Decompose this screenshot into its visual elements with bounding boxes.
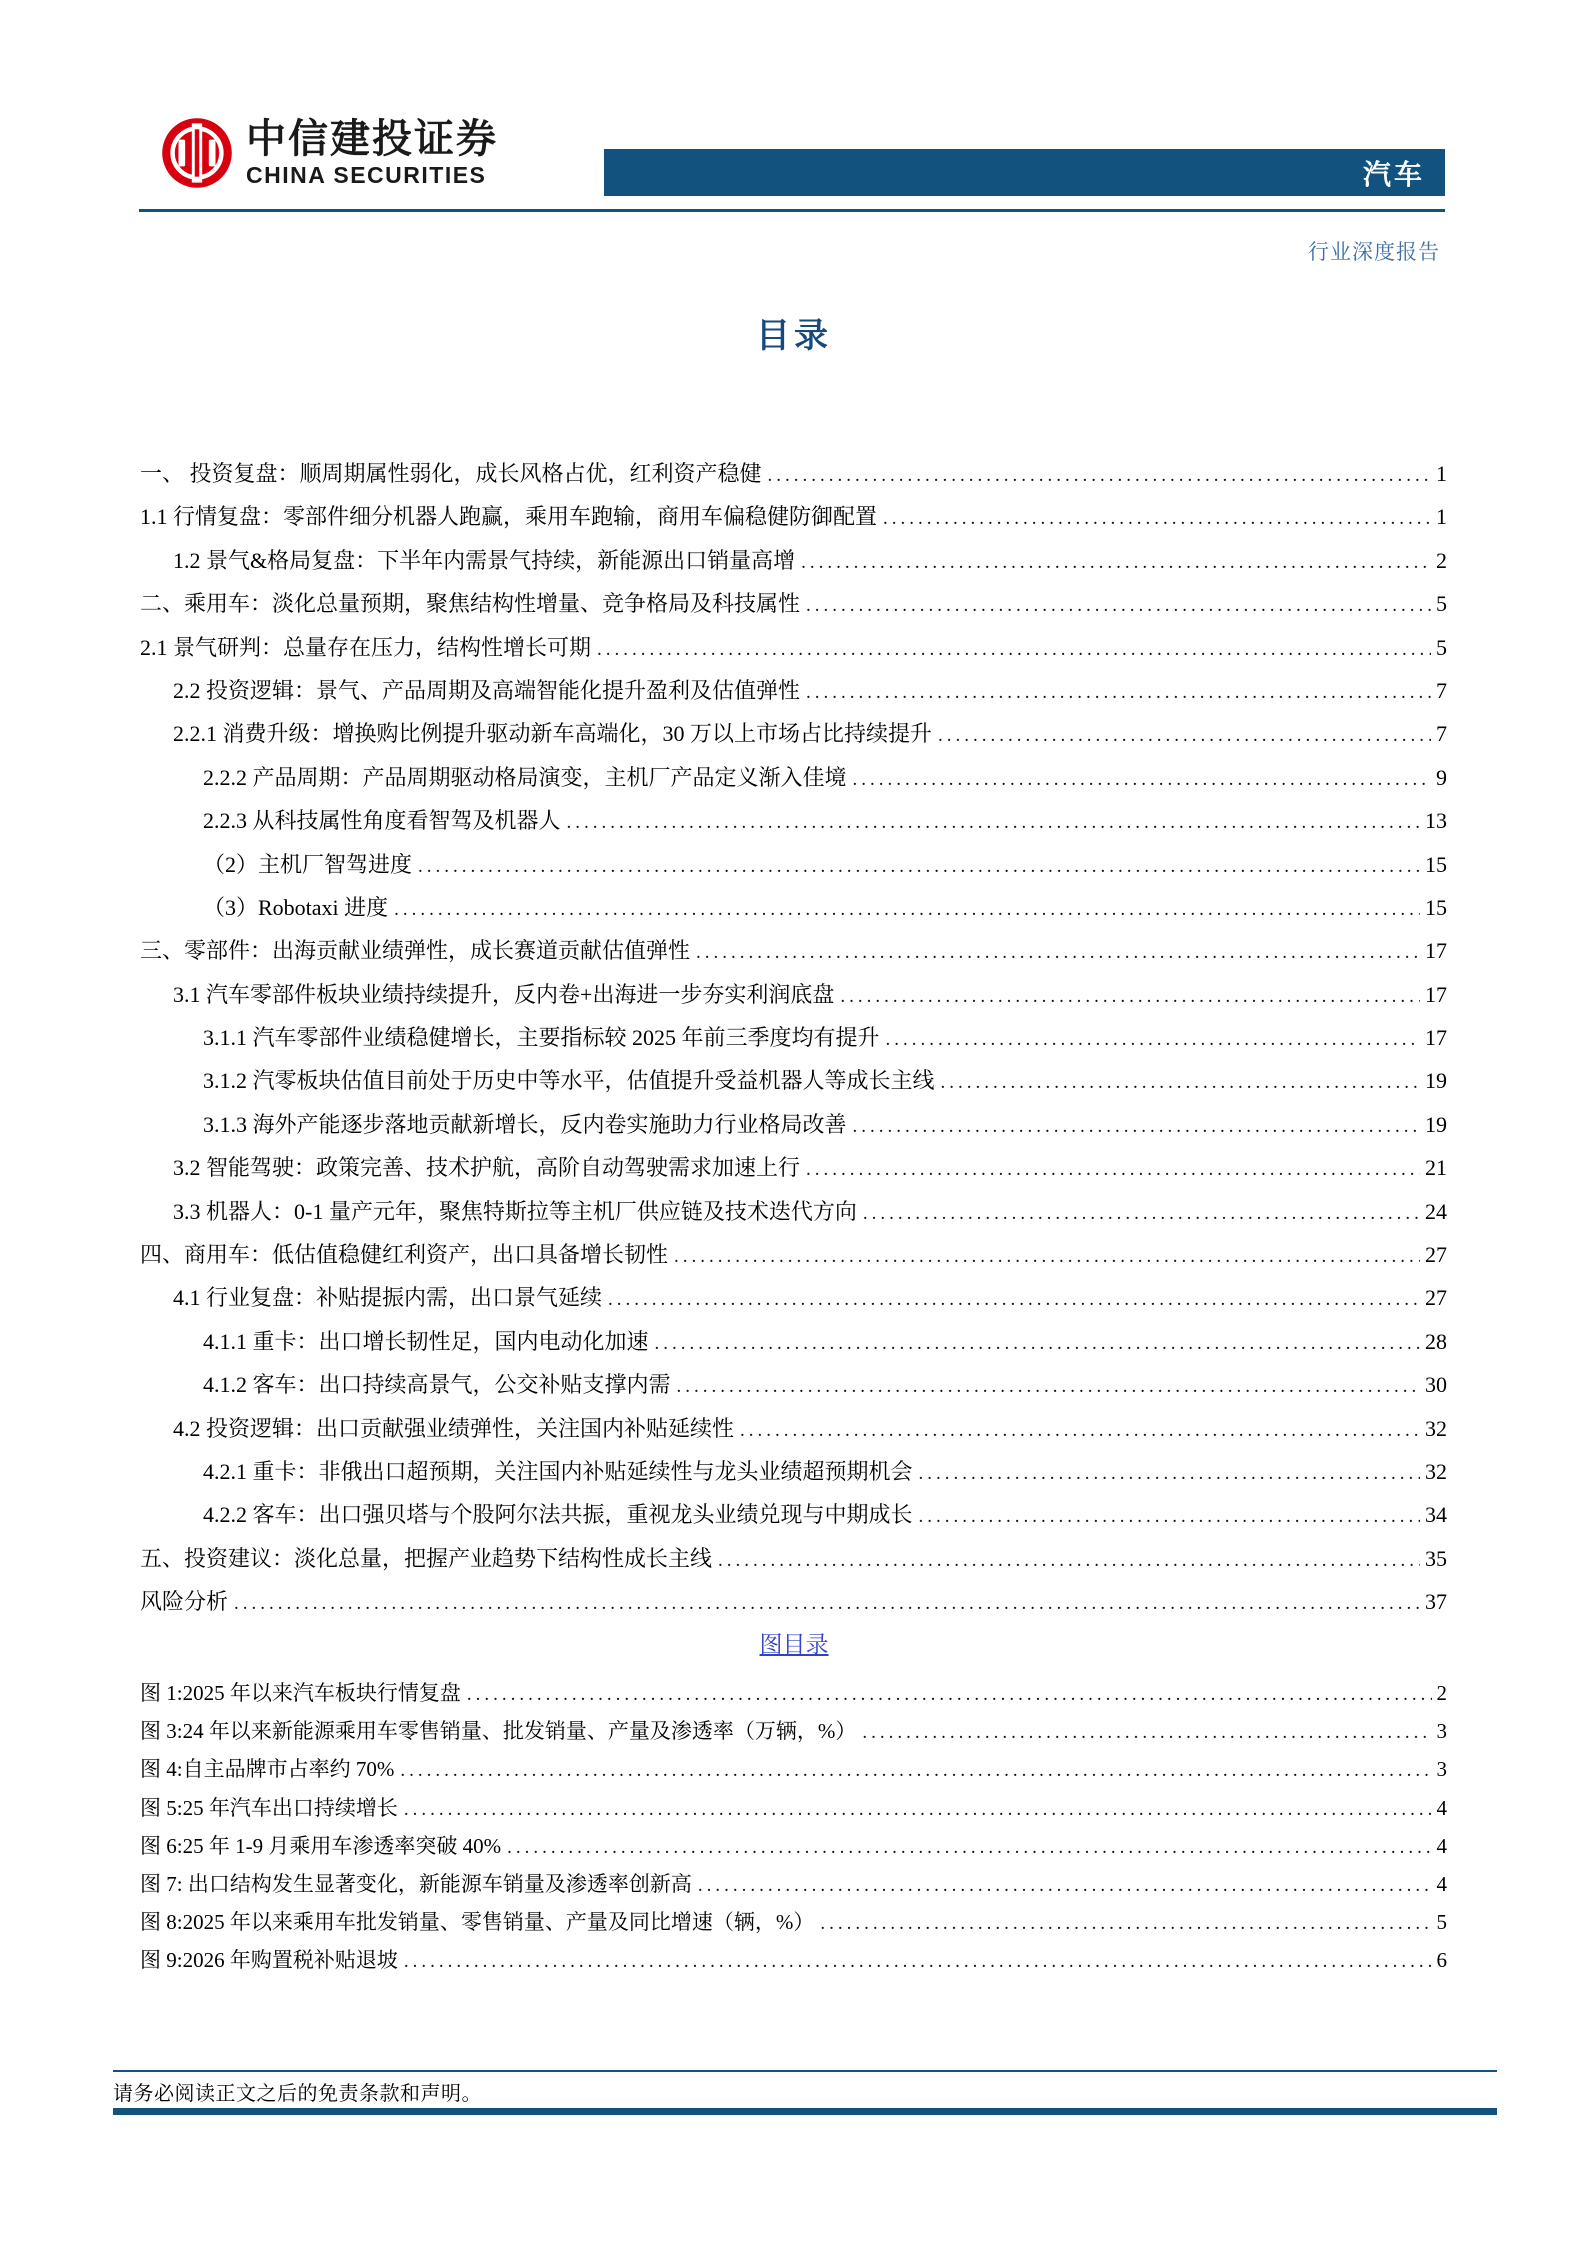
entry-title: 风险分析 [140,1580,228,1623]
dot-leader: ........................................… [853,1105,1420,1148]
dot-leader: ........................................… [234,1582,1420,1625]
toc-entry[interactable]: 1.2 景气&格局复盘：下半年内需景气持续，新能源出口销量高增.........… [140,539,1447,582]
entry-title: 2.2.1 消费升级：增换购比例提升驱动新车高端化，30 万以上市场占比持续提升 [173,712,932,755]
toc-entry[interactable]: （2）主机厂智驾进度..............................… [140,843,1447,886]
dot-leader: ........................................… [400,1752,1431,1790]
toc-entry[interactable]: 风险分析....................................… [140,1580,1447,1623]
page-number: 13 [1425,799,1447,842]
citic-logo-icon [160,116,234,190]
toc-entry[interactable]: 二、乘用车：淡化总量预期，聚焦结构性增量、竞争格局及科技属性..........… [140,582,1447,625]
toc-entry[interactable]: 2.2 投资逻辑：景气、产品周期及高端智能化提升盈利及估值弹性.........… [140,669,1447,712]
toc-entry[interactable]: 三、零部件：出海贡献业绩弹性，成长赛道贡献估值弹性 ..............… [140,929,1447,972]
entry-title: （2）主机厂智驾进度 [203,843,412,886]
toc-entry[interactable]: 2.2.3 从科技属性角度看智驾及机器人....................… [140,799,1447,842]
entry-title: 3.2 智能驾驶：政策完善、技术护航，高阶自动驾驶需求加速上行 [173,1146,800,1189]
page-number: 1 [1436,452,1447,495]
page-number: 5 [1436,626,1447,669]
toc-list: 一、 投资复盘：顺周期属性弱化，成长风格占优，红利资产稳健...........… [140,452,1447,1624]
dot-leader: ........................................… [698,1867,1432,1905]
page-number: 17 [1425,973,1447,1016]
entry-title: 3.1.2 汽零板块估值目前处于历史中等水平，估值提升受益机器人等成长主线 [203,1059,935,1102]
entry-title: 2.2.3 从科技属性角度看智驾及机器人 [203,799,561,842]
entry-title: 二、乘用车：淡化总量预期，聚焦结构性增量、竞争格局及科技属性 [140,582,800,625]
page-number: 34 [1425,1493,1447,1536]
report-toc-page: 中信建投证券 CHINA SECURITIES 汽车 行业深度报告 目录 一、 … [0,0,1588,2246]
dot-leader: ........................................… [467,1676,1432,1714]
figures-title[interactable]: 图目录 [0,1626,1588,1659]
dot-leader: ........................................… [608,1278,1420,1321]
dot-leader: ........................................… [404,1791,1432,1829]
footer-rule-thick [113,2108,1497,2115]
page-number: 17 [1425,1016,1447,1059]
page-number: 1 [1436,495,1447,538]
entry-title: 3.1 汽车零部件板块业绩持续提升，反内卷+出海进一步夯实利润底盘 [173,973,834,1016]
dot-leader: ........................................… [883,497,1431,540]
page-number: 30 [1425,1363,1447,1406]
brand-name-cn: 中信建投证券 [246,119,498,159]
toc-entry[interactable]: 2.2.2 产品周期：产品周期驱动格局演变，主机厂产品定义渐入佳境.......… [140,756,1447,799]
header-rule [139,209,1445,212]
page-number: 21 [1425,1146,1447,1189]
brand-name-en: CHINA SECURITIES [246,164,498,187]
dot-leader: ........................................… [404,1943,1432,1981]
dot-leader: ........................................… [840,975,1420,1018]
page-number: 24 [1425,1190,1447,1233]
sector-label: 汽车 [1363,153,1425,193]
dot-leader: ........................................… [801,541,1431,584]
toc-entry[interactable]: 4.1.2 客车：出口持续高景气，公交补贴支撑内需...............… [140,1363,1447,1406]
figure-entry[interactable]: 图 6:25 年 1-9 月乘用车渗透率突破 40%..............… [140,1827,1447,1865]
entry-title: 2.1 景气研判：总量存在压力，结构性增长可期 [140,626,591,669]
toc-entry[interactable]: 1.1 行情复盘：零部件细分机器人跑赢，乘用车跑输，商用车偏稳健防御配置....… [140,495,1447,538]
dot-leader: ........................................… [806,584,1431,627]
page-number: 17 [1425,929,1447,972]
entry-title: 图 8:2025 年以来乘用车批发销量、零售销量、产量及同比增速（辆，%） [140,1903,814,1941]
disclaimer-text: 请务必阅读正文之后的免责条款和声明。 [113,2077,482,2106]
toc-entry[interactable]: 五、投资建议：淡化总量，把握产业趋势下结构性成长主线..............… [140,1537,1447,1580]
entry-title: 图 6:25 年 1-9 月乘用车渗透率突破 40% [140,1827,501,1865]
entry-title: 1.2 景气&格局复盘：下半年内需景气持续，新能源出口销量高增 [173,539,795,582]
toc-entry[interactable]: 3.3 机器人：0-1 量产元年，聚焦特斯拉等主机厂供应链及技术迭代方向....… [140,1190,1447,1233]
toc-entry[interactable]: 3.1.3 海外产能逐步落地贡献新增长，反内卷实施助力行业格局改善.......… [140,1103,1447,1146]
toc-entry[interactable]: （3）Robotaxi 进度 .........................… [140,886,1447,929]
page-number: 5 [1437,1903,1448,1941]
dot-leader: ........................................… [919,1452,1420,1495]
entry-title: 3.1.3 海外产能逐步落地贡献新增长，反内卷实施助力行业格局改善 [203,1103,847,1146]
entry-title: 一、 投资复盘：顺周期属性弱化，成长风格占优，红利资产稳健 [140,452,762,495]
sector-bar: 汽车 [604,149,1445,196]
page-number: 32 [1425,1450,1447,1493]
toc-entry[interactable]: 一、 投资复盘：顺周期属性弱化，成长风格占优，红利资产稳健...........… [140,452,1447,495]
figure-list: 图 1:2025 年以来汽车板块行情复盘....................… [140,1674,1447,1980]
dot-leader: ........................................… [938,714,1431,757]
dot-leader: ........................................… [886,1018,1420,1061]
dot-leader: ........................................… [696,931,1420,974]
brand-logo: 中信建投证券 CHINA SECURITIES [160,116,498,190]
page-number: 9 [1436,756,1447,799]
page-number: 5 [1436,582,1447,625]
dot-leader: ........................................… [718,1539,1420,1582]
page-number: 6 [1437,1941,1448,1979]
page-number: 27 [1425,1233,1447,1276]
page-number: 4 [1437,1827,1448,1865]
entry-title: 三、零部件：出海贡献业绩弹性，成长赛道贡献估值弹性 [140,929,690,972]
figure-entry[interactable]: 图 4:自主品牌市占率约 70%........................… [140,1750,1447,1788]
entry-title: 图 4:自主品牌市占率约 70% [140,1750,394,1788]
dot-leader: ........................................… [597,628,1431,671]
entry-title: 4.1.1 重卡：出口增长韧性足，国内电动化加速 [203,1320,649,1363]
page-number: 2 [1437,1674,1448,1712]
page-number: 15 [1425,886,1447,929]
toc-entry[interactable]: 2.1 景气研判：总量存在压力，结构性增长可期.................… [140,626,1447,669]
page-number: 4 [1437,1865,1448,1903]
figure-entry[interactable]: 图 5:25 年汽车出口持续增长........................… [140,1789,1447,1827]
page-number: 15 [1425,843,1447,886]
toc-entry[interactable]: 4.1.1 重卡：出口增长韧性足，国内电动化加速................… [140,1320,1447,1363]
entry-title: 五、投资建议：淡化总量，把握产业趋势下结构性成长主线 [140,1537,712,1580]
dot-leader: ........................................… [394,888,1420,931]
dot-leader: ........................................… [674,1235,1420,1278]
dot-leader: ........................................… [806,671,1431,714]
entry-title: 4.2.2 客车：出口强贝塔与个股阿尔法共振，重视龙头业绩兑现与中期成长 [203,1493,913,1536]
dot-leader: ........................................… [507,1829,1431,1867]
entry-title: 图 5:25 年汽车出口持续增长 [140,1789,398,1827]
entry-title: 4.1 行业复盘：补贴提振内需，出口景气延续 [173,1276,602,1319]
page-number: 3 [1437,1712,1448,1750]
entry-title: 4.2.1 重卡：非俄出口超预期，关注国内补贴延续性与龙头业绩超预期机会 [203,1450,913,1493]
dot-leader: ........................................… [853,758,1431,801]
page-number: 3 [1437,1750,1448,1788]
page-number: 4 [1437,1789,1448,1827]
toc-entry[interactable]: 4.2.2 客车：出口强贝塔与个股阿尔法共振，重视龙头业绩兑现与中期成长....… [140,1493,1447,1536]
figure-entry[interactable]: 图 7: 出口结构发生显著变化，新能源车销量及渗透率创新高...........… [140,1865,1447,1903]
dot-leader: ........................................… [418,845,1420,888]
entry-title: 图 7: 出口结构发生显著变化，新能源车销量及渗透率创新高 [140,1865,692,1903]
page-number: 37 [1425,1580,1447,1623]
page-number: 7 [1436,669,1447,712]
dot-leader: ........................................… [768,454,1431,497]
page-number: 32 [1425,1407,1447,1450]
entry-title: 1.1 行情复盘：零部件细分机器人跑赢，乘用车跑输，商用车偏稳健防御配置 [140,495,877,538]
figure-entry[interactable]: 图 1:2025 年以来汽车板块行情复盘....................… [140,1674,1447,1712]
toc-entry[interactable]: 3.1 汽车零部件板块业绩持续提升，反内卷+出海进一步夯实利润底盘.......… [140,973,1447,1016]
entry-title: 2.2 投资逻辑：景气、产品周期及高端智能化提升盈利及估值弹性 [173,669,800,712]
brand-text: 中信建投证券 CHINA SECURITIES [246,119,498,187]
toc-entry[interactable]: 3.2 智能驾驶：政策完善、技术护航，高阶自动驾驶需求加速上行.........… [140,1146,1447,1189]
figure-entry[interactable]: 图 8:2025 年以来乘用车批发销量、零售销量、产量及同比增速（辆，%）...… [140,1903,1447,1941]
dot-leader: ........................................… [567,801,1420,844]
entry-title: 图 9:2026 年购置税补贴退坡 [140,1941,398,1979]
entry-title: 图 1:2025 年以来汽车板块行情复盘 [140,1674,461,1712]
report-type-label: 行业深度报告 [1308,236,1440,266]
dot-leader: ........................................… [655,1322,1420,1365]
entry-title: 4.2 投资逻辑：出口贡献强业绩弹性，关注国内补贴延续性 [173,1407,734,1450]
figure-entry[interactable]: 图 9:2026 年购置税补贴退坡.......................… [140,1941,1447,1979]
entry-title: 四、商用车：低估值稳健红利资产，出口具备增长韧性 [140,1233,668,1276]
entry-title: 2.2.2 产品周期：产品周期驱动格局演变，主机厂产品定义渐入佳境 [203,756,847,799]
page-number: 2 [1436,539,1447,582]
entry-title: 3.1.1 汽车零部件业绩稳健增长，主要指标较 2025 年前三季度均有提升 [203,1016,880,1059]
page-number: 19 [1425,1103,1447,1146]
figure-entry[interactable]: 图 3:24 年以来新能源乘用车零售销量、批发销量、产量及渗透率（万辆，%）..… [140,1712,1447,1750]
entry-title: 4.1.2 客车：出口持续高景气，公交补贴支撑内需 [203,1363,671,1406]
toc-entry[interactable]: 2.2.1 消费升级：增换购比例提升驱动新车高端化，30 万以上市场占比持续提升… [140,712,1447,755]
toc-title: 目录 [0,308,1588,357]
toc-entry[interactable]: 4.2.1 重卡：非俄出口超预期，关注国内补贴延续性与龙头业绩超预期机会....… [140,1450,1447,1493]
page-number: 19 [1425,1059,1447,1102]
page-number: 28 [1425,1320,1447,1363]
toc-entry[interactable]: 3.1.1 汽车零部件业绩稳健增长，主要指标较 2025 年前三季度均有提升..… [140,1016,1447,1059]
dot-leader: ........................................… [806,1148,1420,1191]
page-number: 27 [1425,1276,1447,1319]
page-number: 35 [1425,1537,1447,1580]
toc-entry[interactable]: 3.1.2 汽零板块估值目前处于历史中等水平，估值提升受益机器人等成长主线...… [140,1059,1447,1102]
dot-leader: ........................................… [862,1714,1431,1752]
entry-title: 图 3:24 年以来新能源乘用车零售销量、批发销量、产量及渗透率（万辆，%） [140,1712,856,1750]
toc-entry[interactable]: 4.1 行业复盘：补贴提振内需，出口景气延续..................… [140,1276,1447,1319]
toc-entry[interactable]: 4.2 投资逻辑：出口贡献强业绩弹性，关注国内补贴延续性............… [140,1407,1447,1450]
entry-title: （3）Robotaxi 进度 [203,886,388,929]
dot-leader: ........................................… [919,1495,1420,1538]
dot-leader: ........................................… [820,1905,1431,1943]
page-number: 7 [1436,712,1447,755]
dot-leader: ........................................… [677,1365,1420,1408]
entry-title: 3.3 机器人：0-1 量产元年，聚焦特斯拉等主机厂供应链及技术迭代方向 [173,1190,857,1233]
footer-rule-thin [113,2070,1497,2072]
toc-entry[interactable]: 四、商用车：低估值稳健红利资产，出口具备增长韧性................… [140,1233,1447,1276]
dot-leader: ........................................… [740,1409,1420,1452]
dot-leader: ........................................… [863,1192,1420,1235]
dot-leader: ........................................… [941,1061,1420,1104]
